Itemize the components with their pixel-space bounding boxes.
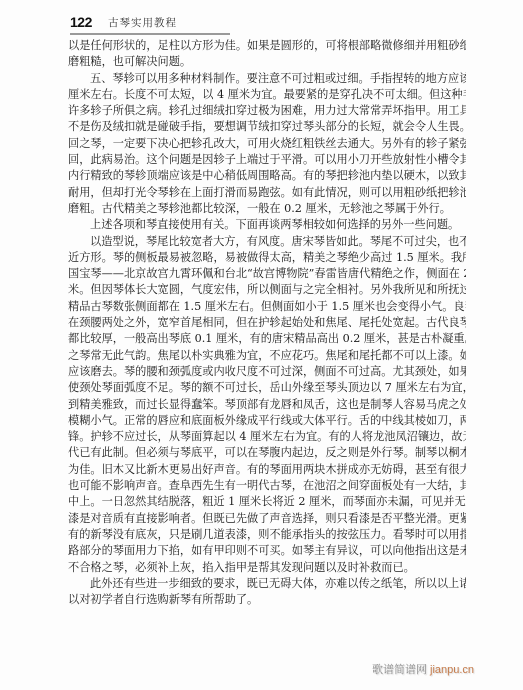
text-line: 之琴常无此气韵。焦尾以朴实典雅为宜，不应花巧。焦尾和尾托都不可以上漆。如已上漆 — [68, 348, 466, 364]
text-line: 回，此病易治。这个问题是因轸子上端过于平滑。可以用小刀开些放射性小槽令其生涩。 — [68, 152, 466, 168]
page-number: 122 — [70, 14, 92, 30]
text-line: 此外还有些进一步细致的要求，既已无碍大体，亦难以传之纸笔，所以以上诸项已可 — [68, 576, 466, 592]
text-line: 使颈处琴面弧度不足。琴的额不可过长，岳山外缘至琴头顶边以 7 厘米左右为宜，令人… — [68, 380, 466, 396]
text-line: 代已有此制。但必须与琴底平，可以在琴腹内起边，反之则是外行琴。制琴以桐木和杉木 — [68, 445, 466, 461]
text-line: 路部分的琴面用力下掐，如有甲印则不可买。如琴主有异议，可以向他指出这是未完成的 — [68, 543, 466, 559]
text-line: 应该磨去。琴的腰和颈弧度或内收尺度不可过深，侧面不可过高。尤其颈处，如果过高，则 — [68, 364, 466, 380]
text-line: 中上。一日忽然其结脱落，粗近 1 厘米长将近 2 厘米，而琴面亦未漏，可见并无大… — [68, 494, 466, 510]
text-line: 磨粗。古代精美之琴轸池都比较深，一般在 0.2 厘米，无轸池之琴属于外行。 — [68, 201, 466, 217]
watermark-site-name: 歌谱简谱网 — [372, 663, 427, 676]
text-line: 有的新琴没有底灰，只是刷几道表漆，则不能承指头的按弦压力。看琴时可以用指甲在弦 — [68, 527, 466, 543]
text-line: 许多轸子所俱之病。轸孔过细绒扣穿过极为困难，用力过大常常弄坏指甲。用工具帮助， — [68, 103, 466, 119]
text-line: 米。但因琴体长大宽圆，气度宏伟，所以侧面与之完全相衬。另外我所见和所抚过之唐代 — [68, 282, 466, 298]
text-line: 不合格之琴，必须补上灰，掐入指甲是帮其发现问题以及时补救而已。 — [68, 560, 466, 576]
text-line: 漆是对音质有直接影响者。但既已先做了声音选择，则只看漆是否平整光滑。更紧要的是 — [68, 511, 466, 527]
text-line: 锋。护轸不应过长，从琴面算起以 4 厘米左右为宜。有的人将龙池凤沼镶边，故无不可… — [68, 429, 466, 445]
text-line: 模糊小气。正常的唇应和底面板外缘成平行线或大体平行。舌的中线其棱如刀，两端如 — [68, 413, 466, 429]
running-header: 122 古琴实用教程 — [70, 13, 230, 35]
text-line: 在颈腰两处之外，宽窄首尾相同，但在护轸起始处和焦尾、尾托处宽起。古代良琴尾托处 — [68, 315, 466, 331]
text-line: 以对初学者自行选购新琴有所帮助了。 — [68, 592, 466, 608]
watermark-domain: jianpu.cn — [430, 664, 474, 676]
text-line: 以是任何形状的，足柱以方形为佳。如果是圆形的，可将根部略微修细并用粗砂纸将它打 — [68, 38, 466, 54]
text-line: 到精美雅致，而过长显得蠢笨。琴顶部有龙唇和凤舌，这也是制琴人容易马虎之处，常常 — [68, 397, 466, 413]
text-line: 五、琴轸可以用多种材料制作。要注意不可过粗或过细。手指捏转的地方应该在 1.3 — [68, 71, 466, 87]
body-text: 以是任何形状的，足柱以方形为佳。如果是圆形的，可将根部略微修细并用粗砂纸将它打磨… — [68, 38, 466, 608]
text-line: 都比较厚，一般高出琴底 0.1 厘米，有的唐宋精品高出 0.2 厘米，甚是古朴凝… — [68, 331, 466, 347]
text-line: 上述各项和琴直接使用有关。下面再谈两琴相较如何选择的另外一些问题。 — [68, 217, 466, 233]
text-line: 国宝琴——北京故宫九霄环佩和台北“故宫博物院”春雷皆唐代精绝之作，侧面在 2 厘 — [68, 266, 466, 282]
text-line: 为佳。旧木又比新木更易出好声音。有的琴面用两块木拼成亦无妨碍，甚至有很大木结子 — [68, 462, 466, 478]
book-title: 古琴实用教程 — [108, 15, 177, 30]
text-line: 不是伤及绒扣就是碰破手指，要想调节绒扣穿过琴头部分的长短，就会令人生畏。如已买 — [68, 119, 466, 135]
text-line: 精品古琴数张侧面都在 1.5 厘米左右。但侧面如小于 1.5 厘米也会变得小气。… — [68, 299, 466, 315]
text-line: 近方形。琴的侧板最易被忽略，易被做得太高，精美之琴绝少高过 1.5 厘米。我所见… — [68, 250, 466, 266]
text-line: 回之琴，一定要下决心把轸孔改大，可用火烧红粗铁丝去通大。另外有的轸子紧弦后易滑 — [68, 136, 466, 152]
text-line: 也可能不影响声音。查阜西先生有一明代古琴，在池沼之间穿面板处有一大结，其音质属 — [68, 478, 466, 494]
text-line: 厘米左右。长度不可太短，以 4 厘米为宜。最要紧的是穿孔决不可太细。但这种毛病又… — [68, 87, 466, 103]
text-line: 磨粗糙，也可解决问题。 — [68, 54, 466, 70]
text-line: 以造型说，琴尾比较宽者大方，有风度。唐宋琴皆如此。琴尾不可过尖，也不可太平而 — [68, 234, 466, 250]
text-line: 耐用，但却打光令琴轸在上面打滑而易跑弦。如有此情况，则可以用粗砂纸把轸池的硬木 — [68, 185, 466, 201]
text-line: 内行精致的琴轸顶端应该是中心稍低周围略高。有的琴把轸池内垫以硬木，以致其坚固 — [68, 168, 466, 184]
watermark: 歌谱简谱网jianpu.cn — [372, 661, 474, 677]
